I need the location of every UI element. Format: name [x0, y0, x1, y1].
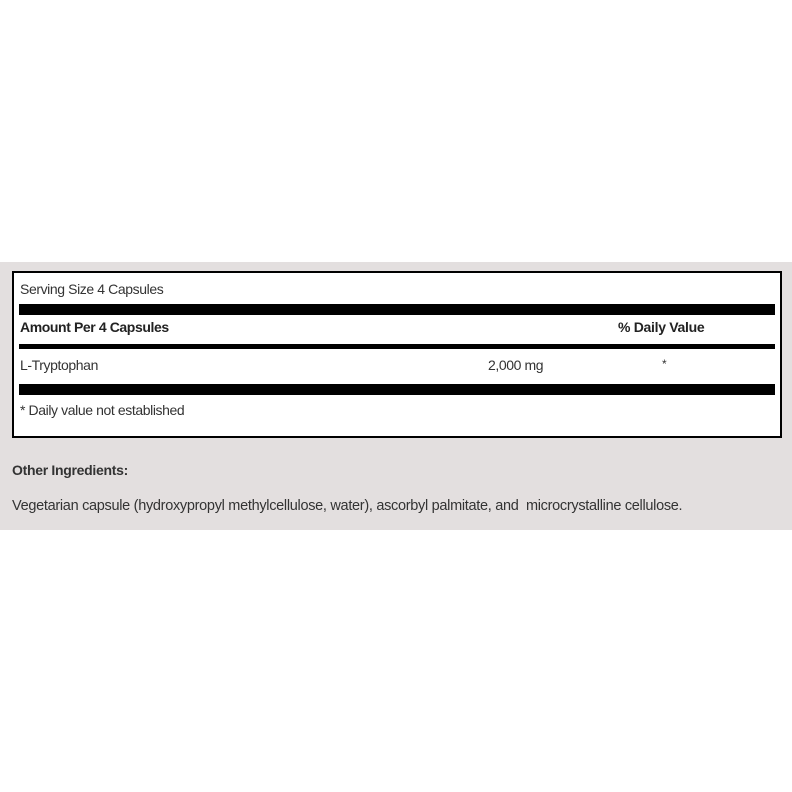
nutrient-name: L-Tryptophan — [20, 357, 98, 373]
footnote: * Daily value not established — [20, 402, 184, 418]
nutrient-daily-value: * — [662, 357, 667, 371]
other-ingredients-text: Vegetarian capsule (hydroxypropyl methyl… — [12, 498, 682, 514]
divider-thick — [19, 304, 775, 315]
divider-thick — [19, 384, 775, 395]
nutrient-amount: 2,000 mg — [488, 357, 543, 373]
supplement-facts-table: Serving Size 4 Capsules Amount Per 4 Cap… — [12, 271, 782, 438]
serving-size: Serving Size 4 Capsules — [20, 281, 163, 297]
other-ingredients-title: Other Ingredients: — [12, 462, 128, 478]
divider-medium — [19, 344, 775, 349]
daily-value-header: % Daily Value — [618, 319, 704, 335]
amount-header: Amount Per 4 Capsules — [20, 319, 169, 335]
